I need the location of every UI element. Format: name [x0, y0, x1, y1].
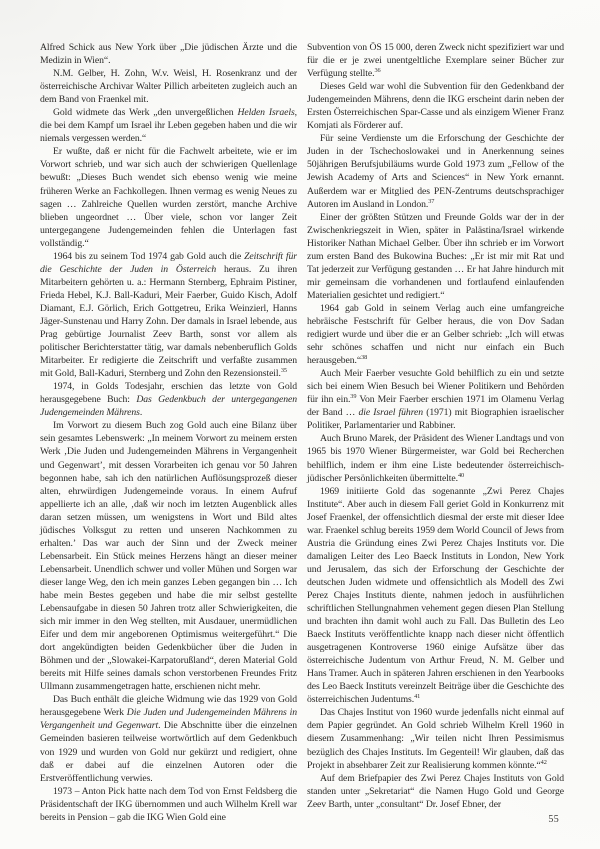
right-column: Subvention von ÖS 15 000, deren Zweck ni… [307, 41, 564, 824]
paragraph: 1964 bis zu seinem Tod 1974 gab Gold auc… [40, 250, 297, 380]
paragraph: Auch Bruno Marek, der Präsident des Wien… [307, 432, 564, 484]
paragraph: Das Chajes Institut von 1960 wurde jeden… [307, 706, 564, 771]
footnote-reference: 42 [541, 758, 547, 765]
text-run: Er wußte, daß er nicht für die Fachwelt … [40, 146, 297, 248]
text-run: Alfred Schick aus New York über „Die jüd… [40, 42, 297, 66]
footnote-reference: 38 [361, 354, 367, 361]
paragraph: Auch Meir Faerber vesuchte Gold behilfli… [307, 367, 564, 432]
left-column: Alfred Schick aus New York über „Die jüd… [40, 41, 297, 824]
text-run: Einer der größten Stützen und Freunde Go… [307, 212, 564, 301]
paragraph: Er wußte, daß er nicht für die Fachwelt … [40, 145, 297, 249]
paragraph: 1964 gab Gold in seinem Verlag auch eine… [307, 302, 564, 367]
book-page: Alfred Schick aus New York über „Die jüd… [0, 0, 600, 849]
paragraph: 1974, in Golds Todesjahr, erschien das l… [40, 380, 297, 419]
text-run: . [140, 407, 142, 418]
text-run: 1969 initiierte Gold das sogenannte „Zwi… [307, 486, 564, 706]
paragraph: Im Vorwort zu diesem Buch zog Gold auch … [40, 419, 297, 693]
text-run: 1964 bis zu seinem Tod 1974 gab Gold auc… [53, 251, 244, 262]
footnote-reference: 37 [428, 197, 434, 204]
text-run: heraus. Zu ihren Mitarbeitern gehörten u… [40, 264, 297, 379]
text-run: die Israel führen [358, 407, 423, 418]
paragraph: Das Buch enthält die gleiche Widmung wie… [40, 693, 297, 784]
footnote-reference: 35 [281, 367, 287, 374]
text-run: Das Chajes Institut von 1960 wurde jeden… [307, 707, 564, 770]
text-run: 1964 gab Gold in seinem Verlag auch eine… [307, 303, 564, 366]
footnote-reference: 41 [414, 693, 420, 700]
footnote-reference: 36 [374, 67, 380, 74]
paragraph: 1973 – Anton Pick hatte nach dem Tod von… [40, 785, 297, 824]
paragraph: Gold widmete das Werk „den unvergeßliche… [40, 106, 297, 145]
text-run: Dieses Geld war wohl die Subvention für … [307, 81, 564, 131]
text-run: Subvention von ÖS 15 000, deren Zweck ni… [307, 42, 564, 79]
paragraph: Subvention von ÖS 15 000, deren Zweck ni… [307, 41, 564, 80]
paragraph: Dieses Geld war wohl die Subvention für … [307, 80, 564, 132]
paragraph: Alfred Schick aus New York über „Die jüd… [40, 41, 297, 67]
footnote-reference: 40 [458, 471, 464, 478]
text-run: 1973 – Anton Pick hatte nach dem Tod von… [40, 786, 297, 823]
text-run: Gold widmete das Werk „den unvergeßliche… [53, 107, 237, 118]
text-run: N.M. Gelber, H. Zohn, W.v. Weisl, H. Ros… [40, 68, 297, 105]
paragraph: Einer der größten Stützen und Freunde Go… [307, 211, 564, 302]
paragraph: Auf dem Briefpapier des Zwi Perez Chajes… [307, 772, 564, 811]
text-columns: Alfred Schick aus New York über „Die jüd… [40, 41, 564, 824]
page-number: 55 [548, 814, 559, 825]
text-run: Auch Bruno Marek, der Präsident des Wien… [307, 433, 564, 483]
paragraph: N.M. Gelber, H. Zohn, W.v. Weisl, H. Ros… [40, 67, 297, 106]
text-run: Für seine Verdienste um die Erforschung … [307, 133, 564, 209]
text-run: Im Vorwort zu diesem Buch zog Gold auch … [40, 420, 297, 692]
text-run: Helden Israels [237, 107, 294, 118]
paragraph: 1969 initiierte Gold das sogenannte „Zwi… [307, 485, 564, 707]
text-run: Auf dem Briefpapier des Zwi Perez Chajes… [307, 773, 564, 810]
paragraph: Für seine Verdienste um die Erforschung … [307, 132, 564, 210]
